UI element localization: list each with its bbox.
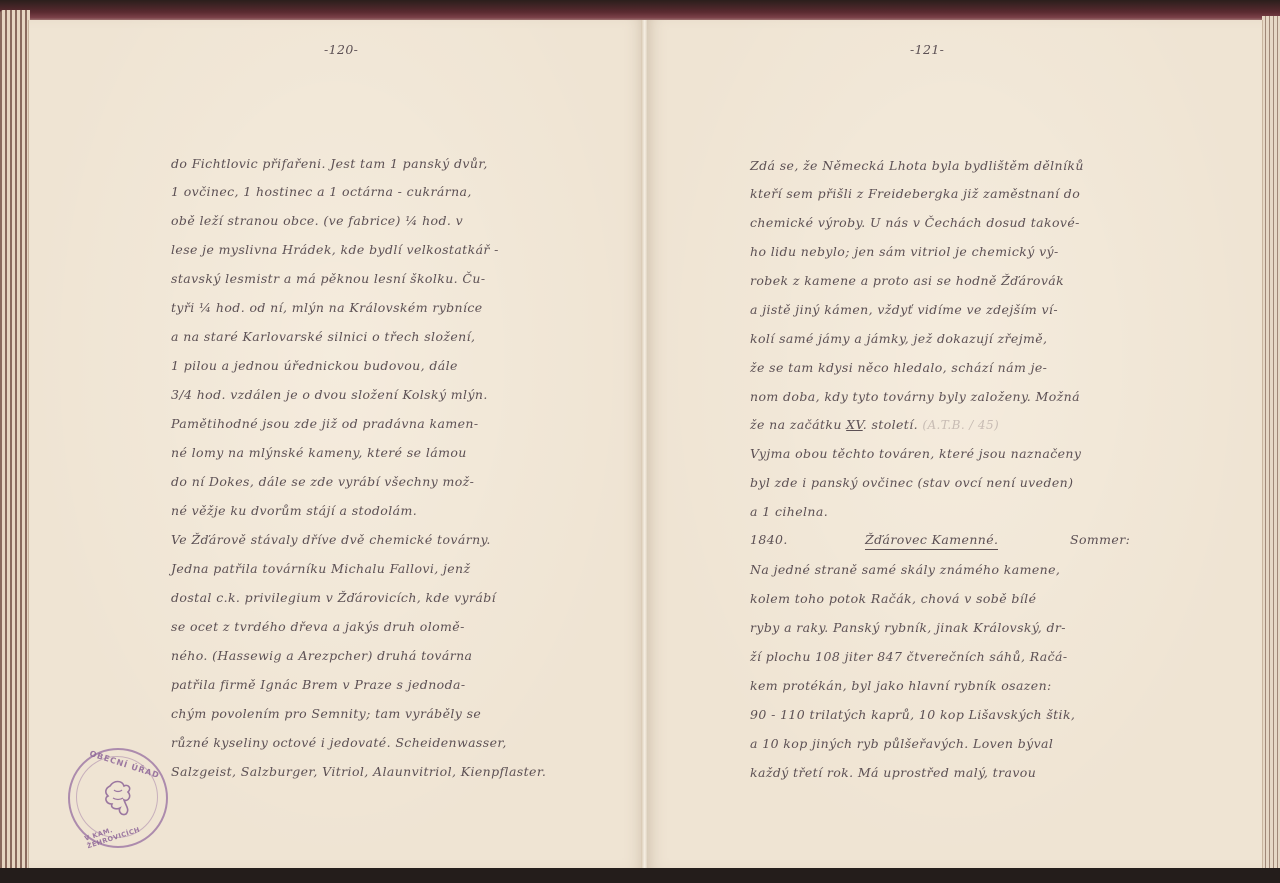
text-line: ho lidu nebylo; jen sám vitriol je chemi… — [750, 244, 1059, 259]
text-line: do ní Dokes, dále se zde vyrábí všechny … — [171, 474, 474, 489]
text-line: se ocet z tvrdého dřeva a jakýs druh olo… — [171, 619, 465, 634]
text-line: nom doba, kdy tyto továrny byly založeny… — [750, 389, 1080, 404]
text-line: a 10 kop jiných ryb půlšeřavých. Loven b… — [750, 736, 1053, 751]
text-line: 90 - 110 trilatých kaprů, 10 kop Lišavsk… — [750, 707, 1075, 722]
text-line: patřila firmě Ignác Brem v Praze s jedno… — [171, 677, 465, 692]
text-line: Zdá se, že Německá Lhota byla bydlištěm … — [750, 158, 1084, 173]
page-stack-left — [0, 10, 30, 870]
text-line: do Fichtlovic přifařeni. Jest tam 1 pans… — [171, 156, 488, 171]
text-line: tyři ¼ hod. od ní, mlýn na Královském ry… — [171, 300, 483, 315]
text-line: kolí samé jámy a jámky, jež dokazují zře… — [750, 331, 1047, 346]
century-prefix: že na začátku — [750, 417, 846, 432]
text-line: lese je myslivna Hrádek, kde bydlí velko… — [171, 242, 499, 257]
page-stack-right — [1262, 16, 1280, 868]
text-line: kem protékán, byl jako hlavní rybník osa… — [750, 678, 1052, 693]
text-line: Jedna patřila továrníku Michalu Fallovi,… — [171, 561, 470, 576]
text-line: a jistě jiný kámen, vždyť vidíme ve zdej… — [750, 302, 1058, 317]
text-line: 1 pilou a jednou úřednickou budovou, dál… — [171, 358, 458, 373]
text-line: obě leží stranou obce. (ve fabrice) ¼ ho… — [171, 213, 463, 228]
text-line: kteří sem přišli z Freidebergka již zamě… — [750, 186, 1080, 201]
text-line: že se tam kdysi něco hledalo, schází nám… — [750, 360, 1047, 375]
lion-emblem-icon — [100, 778, 136, 818]
text-line: ryby a raky. Panský rybník, jinak Králov… — [750, 620, 1066, 635]
text-line: chemické výroby. U nás v Čechách dosud t… — [750, 215, 1080, 230]
text-line: chým povolením pro Semnity; tam vyráběly… — [171, 706, 481, 721]
page-number-left: -120- — [324, 42, 358, 57]
right-page: -121- Zdá se, že Německá Lhota byla bydl… — [647, 20, 1263, 868]
pencil-annotation: (A.T.B. / 45) — [922, 418, 999, 432]
heading-year: 1840. — [750, 532, 788, 547]
text-line: a na staré Karlovarské silnici o třech s… — [171, 329, 475, 344]
text-line: kolem toho potok Račák, chová v sobě bíl… — [750, 591, 1036, 606]
century-suffix: . století. — [863, 417, 918, 432]
text-line: ného. (Hassewig a Arezpcher) druhá továr… — [171, 648, 472, 663]
page-number-right: -121- — [910, 42, 944, 57]
text-line: byl zde i panský ovčinec (stav ovcí není… — [750, 475, 1073, 490]
heading-title: Žďárovec Kamenné. — [865, 532, 998, 550]
left-page: -120- do Fichtlovic přifařeni. Jest tam … — [28, 20, 644, 868]
text-line: robek z kamene a proto asi se hodně Žďár… — [750, 273, 1064, 288]
text-line: každý třetí rok. Má uprostřed malý, trav… — [750, 765, 1036, 780]
century-line: že na začátku XV. století. (A.T.B. / 45) — [750, 417, 999, 432]
text-line: Salzgeist, Salzburger, Vitriol, Alaunvit… — [171, 764, 546, 779]
text-line: různé kyseliny octové i jedovaté. Scheid… — [171, 735, 507, 750]
text-line: Vyjma obou těchto továren, které jsou na… — [750, 446, 1081, 461]
text-line: né věžje ku dvorům stájí a stodolám. — [171, 503, 417, 518]
text-line: Pamětihodné jsou zde již od pradávna kam… — [171, 416, 478, 431]
text-line: ží plochu 108 jiter 847 čtverečních sáhů… — [750, 649, 1068, 664]
text-line: 3/4 hod. vzdálen je o dvou složení Kolsk… — [171, 387, 488, 402]
text-line: stavský lesmistr a má pěknou lesní školk… — [171, 271, 485, 286]
book-binding-top — [0, 0, 1280, 22]
book-binding-bottom — [0, 868, 1280, 883]
text-line: Ve Žďárově stávaly dříve dvě chemické to… — [171, 532, 491, 547]
heading-author: Sommer: — [1070, 532, 1130, 547]
text-line: Na jedné straně samé skály známého kamen… — [750, 562, 1060, 577]
text-line: né lomy na mlýnské kameny, které se lámo… — [171, 445, 467, 460]
text-line: 1 ovčinec, 1 hostinec a 1 octárna - cukr… — [171, 184, 472, 199]
text-line: a 1 cihelna. — [750, 504, 828, 519]
text-line: dostal c.k. privilegium v Žďárovicích, k… — [171, 590, 496, 605]
official-stamp: OBECNÍ ÚŘAD V KAM. ŽEHROVICÍCH — [68, 748, 168, 848]
century-numeral: XV — [846, 417, 863, 432]
